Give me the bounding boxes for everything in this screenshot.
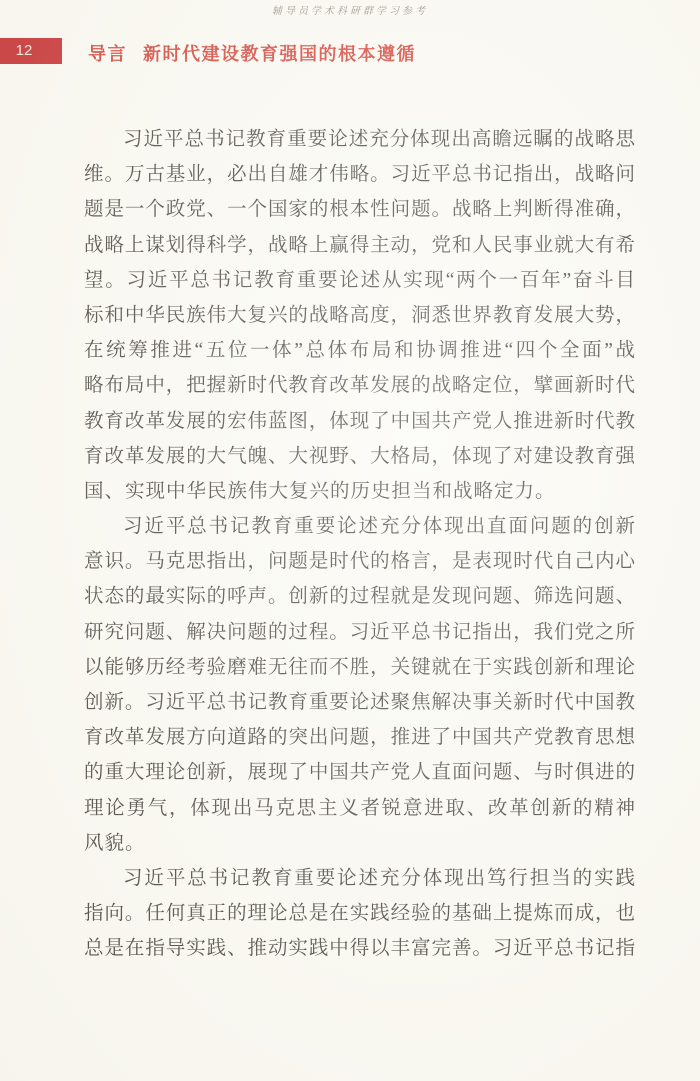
text-line: 略布局中，把握新时代教育改革发展的战略定位，擘画新时代 [84, 368, 635, 403]
text-line: 风貌。 [84, 826, 635, 861]
text-line: 总是在指导实践、推动实践中得以丰富完善。习近平总书记指 [84, 931, 635, 966]
text-line: 状态的最实际的呼声。创新的过程就是发现问题、筛选问题、 [84, 579, 635, 614]
text-line: 研究问题、解决问题的过程。习近平总书记指出，我们党之所 [84, 615, 635, 650]
text-line: 标和中华民族伟大复兴的战略高度，洞悉世界教育发展大势， [84, 298, 635, 333]
text-line: 的重大理论创新，展现了中国共产党人直面问题、与时俱进的 [84, 755, 635, 790]
text-line: 以能够历经考验磨难无往而不胜，关键就在于实践创新和理论 [84, 650, 635, 685]
text-line: 习近平总书记教育重要论述充分体现出直面问题的创新 [84, 509, 635, 544]
text-line: 战略上谋划得科学，战略上赢得主动，党和人民事业就大有希 [84, 228, 635, 263]
page-number-badge: 12 [0, 38, 62, 64]
text-line: 维。万古基业，必出自雄才伟略。习近平总书记指出，战略问 [84, 157, 635, 192]
chapter-heading: 导言新时代建设教育强国的根本遵循 [88, 40, 416, 66]
text-line: 理论勇气，体现出马克思主义者锐意进取、改革创新的精神 [84, 791, 635, 826]
text-line: 指向。任何真正的理论总是在实践经验的基础上提炼而成，也 [84, 896, 635, 931]
text-line: 在统筹推进“五位一体”总体布局和协调推进“四个全面”战 [84, 333, 635, 368]
text-line: 育改革发展的大气魄、大视野、大格局，体现了对建设教育强 [84, 439, 635, 474]
text-line: 望。习近平总书记教育重要论述从实现“两个一百年”奋斗目 [84, 263, 635, 298]
paragraph: 习近平总书记教育重要论述充分体现出高瞻远瞩的战略思维。万古基业，必出自雄才伟略。… [84, 122, 635, 509]
chapter-header: 12 导言新时代建设教育强国的根本遵循 [0, 38, 700, 64]
body-text: 习近平总书记教育重要论述充分体现出高瞻远瞩的战略思维。万古基业，必出自雄才伟略。… [84, 122, 635, 967]
chapter-label: 导言 [88, 44, 127, 64]
paragraph: 习近平总书记教育重要论述充分体现出直面问题的创新意识。马克思指出，问题是时代的格… [84, 509, 635, 861]
text-line: 题是一个政党、一个国家的根本性问题。战略上判断得准确， [84, 192, 635, 227]
chapter-title: 新时代建设教育强国的根本遵循 [143, 44, 416, 64]
text-line: 育改革发展方向道路的突出问题，推进了中国共产党教育思想 [84, 720, 635, 755]
text-line: 国、实现中华民族伟大复兴的历史担当和战略定力。 [84, 474, 635, 509]
text-line: 意识。马克思指出，问题是时代的格言，是表现时代自己内心 [84, 544, 635, 579]
text-line: 习近平总书记教育重要论述充分体现出高瞻远瞩的战略思 [84, 122, 635, 157]
text-line: 习近平总书记教育重要论述充分体现出笃行担当的实践 [84, 861, 635, 896]
text-line: 创新。习近平总书记教育重要论述聚焦解决事关新时代中国教 [84, 685, 635, 720]
paragraph: 习近平总书记教育重要论述充分体现出笃行担当的实践指向。任何真正的理论总是在实践经… [84, 861, 635, 967]
running-header: 辅导员学术科研群学习参考 [0, 2, 700, 17]
text-line: 教育改革发展的宏伟蓝图，体现了中国共产党人推进新时代教 [84, 404, 635, 439]
